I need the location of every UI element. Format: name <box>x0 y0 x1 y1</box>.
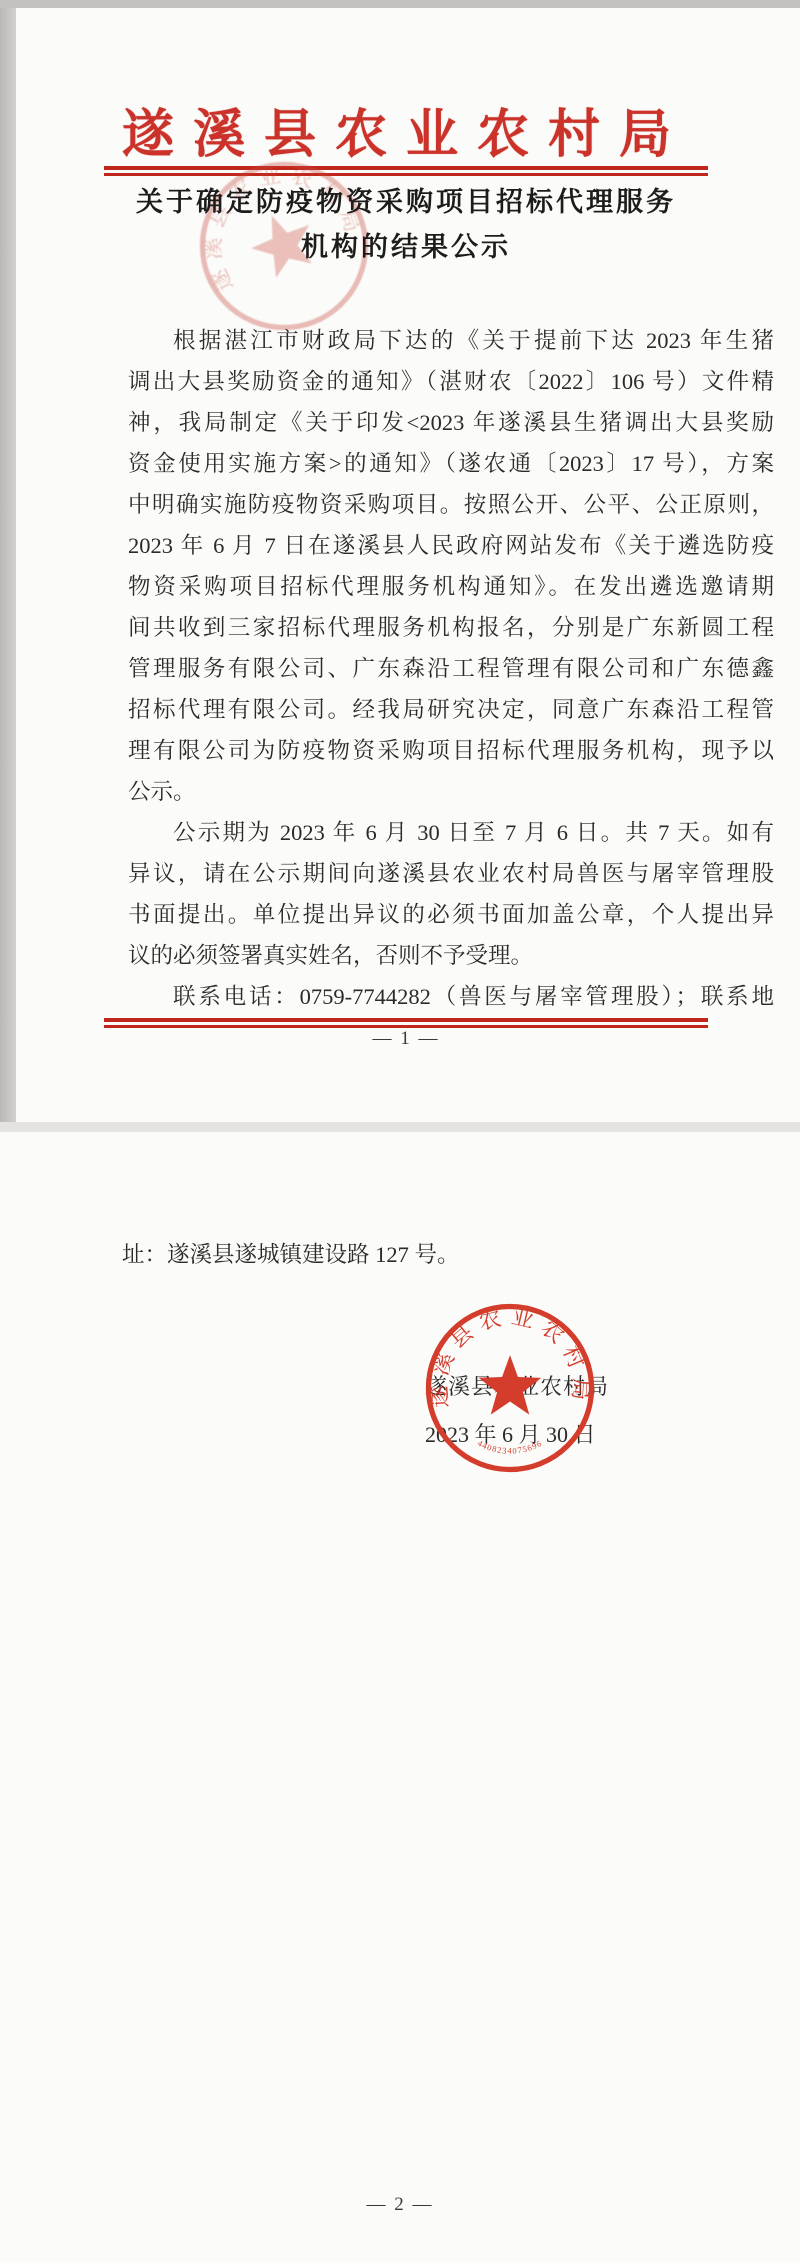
document-page-1: 遂溪县农业农村局 遂溪县农业农村局 关于确定防疫物资采购项目招标代理服务 机构的… <box>16 8 800 1122</box>
seal-serial: 4408234075696 <box>476 1438 544 1456</box>
body-line: 神，我局制定《关于印发<2023 年遂溪县生猪调出大县奖励 <box>128 402 774 443</box>
body-line: 根据湛江市财政局下达的《关于提前下达 2023 年生猪 <box>128 320 774 361</box>
agency-header: 遂溪县农业农村局 <box>104 92 708 167</box>
svg-text:4408234075696: 4408234075696 <box>476 1438 544 1456</box>
body-line: 调出大县奖励资金的通知》（湛财农〔2022〕106 号）文件精 <box>128 361 774 402</box>
body-text: 根据湛江市财政局下达的《关于提前下达 2023 年生猪调出大县奖励资金的通知》（… <box>128 320 774 1017</box>
official-seal: 遂溪县农业农村局 4408234075696 <box>420 1298 600 1478</box>
body-line: 理有限公司为防疫物资采购项目招标代理服务机构，现予以 <box>128 730 774 771</box>
body-line: 书面提出。单位提出异议的必须书面加盖公章，个人提出异 <box>128 894 774 935</box>
body-line: 议的必须签署真实姓名，否则不予受理。 <box>128 935 774 976</box>
body-line: 公示期为 2023 年 6 月 30 日至 7 月 6 日。共 7 天。如有 <box>128 812 774 853</box>
page-number-1: — 1 — <box>104 1028 708 1050</box>
document-page-2: 址：遂溪县遂城镇建设路 127 号。 遂溪县农业农村局 2023 年 6 月 3… <box>0 1132 800 2262</box>
document-title: 关于确定防疫物资采购项目招标代理服务 机构的结果公示 <box>104 180 708 270</box>
body-line: 间共收到三家招标代理服务机构报名，分别是广东新圆工程 <box>128 607 774 648</box>
body-line: 公示。 <box>128 771 774 812</box>
body-line: 管理服务有限公司、广东森沿工程管理有限公司和广东德鑫 <box>128 648 774 689</box>
continuation-line: 址：遂溪县遂城镇建设路 127 号。 <box>122 1234 782 1275</box>
body-line: 联系电话：0759-7744282（兽医与屠宰管理股）；联系地 <box>128 976 774 1017</box>
body-line: 资金使用实施方案>的通知》（遂农通〔2023〕17 号），方案 <box>128 443 774 484</box>
body-line: 物资采购项目招标代理服务机构通知》。在发出遴选邀请期 <box>128 566 774 607</box>
body-line: 异议，请在公示期间向遂溪县农业农村局兽医与屠宰管理股 <box>128 853 774 894</box>
document-title-line2: 机构的结果公示 <box>104 225 708 270</box>
footer-double-rule <box>104 1018 708 1028</box>
header-double-rule <box>104 166 708 176</box>
body-line: 中明确实施防疫物资采购项目。按照公开、公平、公正原则， <box>128 484 774 525</box>
body-line: 招标代理有限公司。经我局研究决定，同意广东森沿工程管 <box>128 689 774 730</box>
star-icon <box>479 1355 541 1414</box>
body-line: 2023 年 6 月 7 日在遂溪县人民政府网站发布《关于遴选防疫 <box>128 525 774 566</box>
scan-top-band <box>0 0 800 8</box>
document-title-line1: 关于确定防疫物资采购项目招标代理服务 <box>104 180 708 225</box>
page-number-2: — 2 — <box>0 2194 800 2216</box>
scan-left-edge <box>0 8 16 1122</box>
